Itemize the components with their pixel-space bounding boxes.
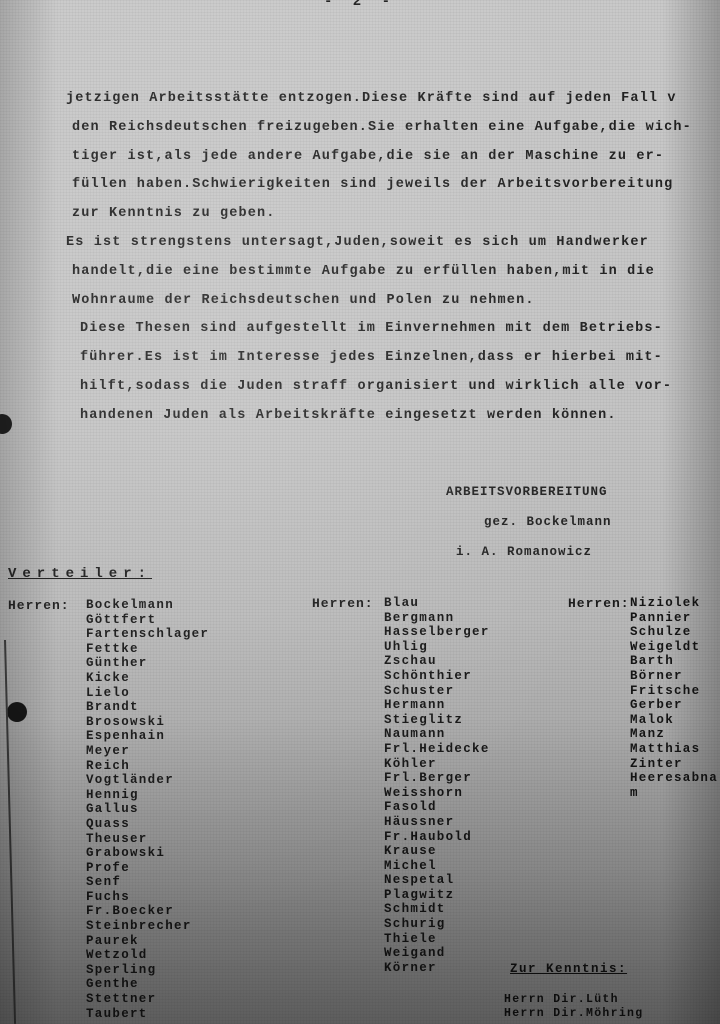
- document-page: - 2 - jetzigen Arbeitsstätte entzogen.Di…: [0, 0, 720, 1024]
- name-list: NiziolekPannierSchulzeWeigeldtBarthBörne…: [630, 596, 718, 800]
- distribution-name: Köhler: [384, 757, 490, 772]
- distribution-name: Quass: [86, 817, 209, 832]
- distribution-name: Häussner: [384, 815, 490, 830]
- distribution-name: Niziolek: [630, 596, 718, 611]
- distribution-name: Körner: [384, 961, 490, 976]
- distribution-name: Paurek: [86, 934, 209, 949]
- distribution-name: Reich: [86, 759, 209, 774]
- distribution-name: Schmidt: [384, 902, 490, 917]
- distribution-name: Weisshorn: [384, 786, 490, 801]
- name-list: BlauBergmannHasselbergerUhligZschauSchön…: [384, 596, 490, 975]
- distribution-name: Schuster: [384, 684, 490, 699]
- distribution-name: Blau: [384, 596, 490, 611]
- text-line: Wohnraume der Reichsdeutschen und Polen …: [66, 287, 716, 316]
- distribution-name: Nespetal: [384, 873, 490, 888]
- distribution-name: Barth: [630, 654, 718, 669]
- distribution-name: Manz: [630, 727, 718, 742]
- distribution-name: Gerber: [630, 698, 718, 713]
- distribution-name: Fartenschlager: [86, 627, 209, 642]
- distribution-name: Lielo: [86, 686, 209, 701]
- text-line: handelt,die eine bestimmte Aufgabe zu er…: [66, 258, 716, 287]
- text-line: Diese Thesen sind aufgestellt im Einvern…: [66, 315, 716, 344]
- distribution-name: Vogtländer: [86, 773, 209, 788]
- punch-hole-icon: [0, 414, 12, 434]
- distribution-name: Pannier: [630, 611, 718, 626]
- distribution-name: Hermann: [384, 698, 490, 713]
- distribution-name: Herrn Dir.Lüth: [504, 993, 643, 1007]
- distribution-name: Profe: [86, 861, 209, 876]
- signature-signed: gez. Bockelmann: [484, 515, 612, 529]
- paper-edge: [4, 640, 16, 1024]
- distribution-name: Zinter: [630, 757, 718, 772]
- distribution-name: Meyer: [86, 744, 209, 759]
- signature-department: ARBEITSVORBEREITUNG: [446, 485, 608, 499]
- distribution-name: Weigeldt: [630, 640, 718, 655]
- text-line: handenen Juden als Arbeitskräfte eingese…: [66, 402, 716, 431]
- distribution-name: Grabowski: [86, 846, 209, 861]
- page-number: - 2 -: [0, 0, 720, 10]
- distribution-name: Taubert: [86, 1007, 209, 1022]
- text-line: tiger ist,als jede andere Aufgabe,die si…: [66, 143, 716, 172]
- distribution-name: Fr.Haubold: [384, 830, 490, 845]
- distribution-name: Hennig: [86, 788, 209, 803]
- distribution-name: Börner: [630, 669, 718, 684]
- body-text: jetzigen Arbeitsstätte entzogen.Diese Kr…: [66, 85, 716, 431]
- distribution-name: Schulze: [630, 625, 718, 640]
- distribution-name: Stieglitz: [384, 713, 490, 728]
- text-line: den Reichsdeutschen freizugeben.Sie erha…: [66, 114, 716, 143]
- distribution-name: Gallus: [86, 802, 209, 817]
- distribution-name: Günther: [86, 656, 209, 671]
- text-line: führer.Es ist im Interesse jedes Einzeln…: [66, 344, 716, 373]
- distribution-name: Bockelmann: [86, 598, 209, 613]
- text-line: Es ist strengstens untersagt,Juden,sowei…: [66, 229, 716, 258]
- distribution-label: Herren:: [312, 596, 374, 611]
- for-information-list: Herrn Dir.LüthHerrn Dir.Möhring: [504, 993, 643, 1021]
- distribution-name: Weigand: [384, 946, 490, 961]
- text-line: hilft,sodass die Juden straff organisier…: [66, 373, 716, 402]
- distribution-name: Schönthier: [384, 669, 490, 684]
- distribution-name: Fritsche: [630, 684, 718, 699]
- signature-on-behalf: i. A. Romanowicz: [456, 545, 592, 559]
- distribution-name: Frl.Heidecke: [384, 742, 490, 757]
- name-list: BockelmannGöttfertFartenschlagerFettkeGü…: [86, 598, 209, 1021]
- distribution-name: Frl.Berger: [384, 771, 490, 786]
- distribution-name: Genthe: [86, 977, 209, 992]
- distribution-name: Kicke: [86, 671, 209, 686]
- distribution-label: Herren:: [8, 598, 70, 613]
- distribution-name: Thiele: [384, 932, 490, 947]
- distribution-name: Matthias: [630, 742, 718, 757]
- distribution-name: Senf: [86, 875, 209, 890]
- distribution-name: Herrn Dir.Möhring: [504, 1007, 643, 1021]
- distribution-name: Fasold: [384, 800, 490, 815]
- distribution-name: Heeresabna: [630, 771, 718, 786]
- distribution-name: Krause: [384, 844, 490, 859]
- punch-hole-icon: [7, 702, 27, 722]
- text-line: jetzigen Arbeitsstätte entzogen.Diese Kr…: [66, 85, 716, 114]
- distribution-name: Uhlig: [384, 640, 490, 655]
- distribution-name: Malok: [630, 713, 718, 728]
- distribution-name: Göttfert: [86, 613, 209, 628]
- distribution-name: Brandt: [86, 700, 209, 715]
- distribution-name: Schurig: [384, 917, 490, 932]
- distribution-name: Brosowski: [86, 715, 209, 730]
- distribution-name: Fr.Boecker: [86, 904, 209, 919]
- text-line: füllen haben.Schwierigkeiten sind jeweil…: [66, 171, 716, 200]
- for-information-title: Zur Kenntnis:: [510, 962, 627, 976]
- distribution-name: Michel: [384, 859, 490, 874]
- distribution-name: Plagwitz: [384, 888, 490, 903]
- distribution-name: Hasselberger: [384, 625, 490, 640]
- distribution-name: Zschau: [384, 654, 490, 669]
- distribution-label: Herren:: [568, 596, 630, 611]
- distribution-name: Theuser: [86, 832, 209, 847]
- distribution-title: Verteiler:: [8, 566, 152, 582]
- distribution-name: Naumann: [384, 727, 490, 742]
- distribution-name: Fettke: [86, 642, 209, 657]
- distribution-name: Steinbrecher: [86, 919, 209, 934]
- distribution-name: Stettner: [86, 992, 209, 1007]
- distribution-name: Sperling: [86, 963, 209, 978]
- distribution-name: Wetzold: [86, 948, 209, 963]
- distribution-name: m: [630, 786, 718, 801]
- distribution-name: Fuchs: [86, 890, 209, 905]
- distribution-name: Bergmann: [384, 611, 490, 626]
- text-line: zur Kenntnis zu geben.: [66, 200, 716, 229]
- distribution-name: Espenhain: [86, 729, 209, 744]
